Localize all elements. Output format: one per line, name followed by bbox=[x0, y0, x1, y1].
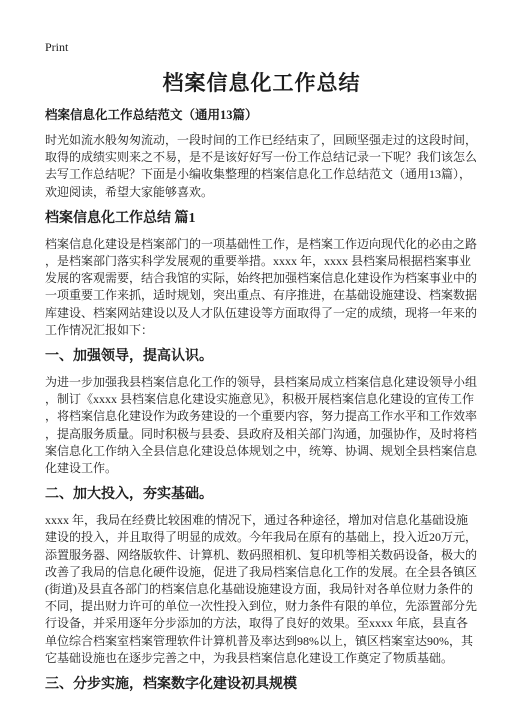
section-body-2: xxxx 年，我局在经费比较困难的情况下，通过各种途径，增加对信息化基础设施建设… bbox=[45, 512, 478, 667]
document-subtitle: 档案信息化工作总结范文（通用13篇） bbox=[45, 107, 478, 124]
print-link[interactable]: Print bbox=[45, 40, 68, 54]
section-heading-2: 二、加大投入，夯实基础。 bbox=[45, 486, 478, 504]
document-title: 档案信息化工作总结 bbox=[45, 70, 478, 96]
section-body-pian1: 档案信息化建设是档案部门的一项基础性工作，是档案工作迈向现代化的必由之路，是档案… bbox=[45, 236, 478, 339]
document-page: Print 档案信息化工作总结 档案信息化工作总结范文（通用13篇） 时光如流水… bbox=[0, 0, 520, 718]
section-heading-3: 三、分步实施，档案数字化建设初具规模 bbox=[45, 676, 478, 694]
section-body-1: 为进一步加强我县档案信息化工作的领导，县档案局成立档案信息化建设领导小组，制订《… bbox=[45, 374, 478, 477]
section-heading-pian1: 档案信息化工作总结 篇1 bbox=[45, 210, 478, 228]
section-heading-1: 一、加强领导，提高认识。 bbox=[45, 348, 478, 366]
intro-paragraph: 时光如流水般匆匆流动，一段时间的工作已经结束了，回顾坚强走过的这段时间，取得的成… bbox=[45, 132, 478, 201]
